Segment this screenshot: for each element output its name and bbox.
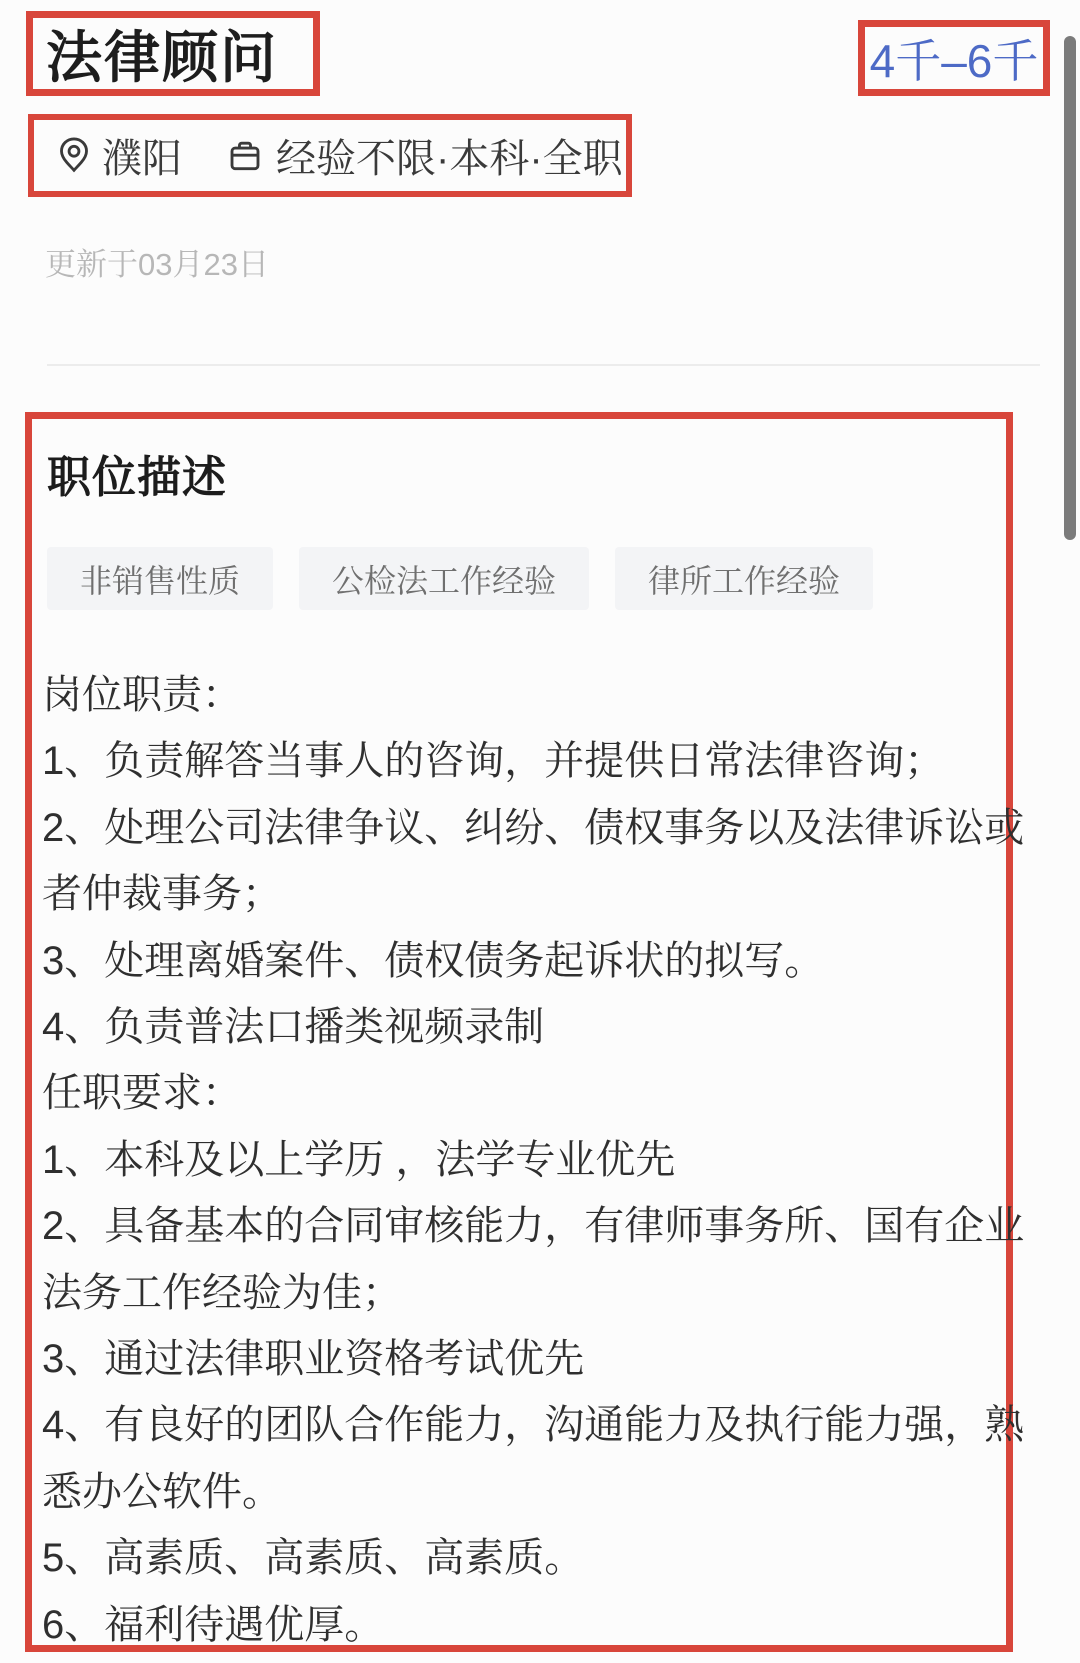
description-line: 3、处理离婚案件、债权债务起诉状的拟写。 [42, 928, 992, 994]
description-line: 2、具备基本的合同审核能力，有律师事务所、国有企业 [42, 1193, 992, 1259]
description-line: 4、有良好的团队合作能力，沟通能力及执行能力强，熟 [42, 1392, 992, 1458]
description-line: 5、高素质、高素质、高素质。 [42, 1525, 992, 1591]
description-line: 者仲裁事务； [42, 861, 992, 927]
tag-chip-0: 非销售性质 [47, 547, 273, 610]
description-line: 岗位职责： [42, 662, 992, 728]
tag-chip-1: 公检法工作经验 [299, 547, 589, 610]
salary-annotation-box: 4千–6千 [858, 20, 1050, 96]
briefcase-icon [226, 136, 264, 176]
description-line: 1、负责解答当事人的咨询，并提供日常法律咨询； [42, 728, 992, 794]
location-pin-icon [55, 135, 93, 177]
description-body: 岗位职责：1、负责解答当事人的咨询，并提供日常法律咨询；2、处理公司法律争议、纠… [42, 662, 992, 1658]
salary-range: 4千–6千 [870, 25, 1039, 91]
description-line: 悉办公软件。 [42, 1459, 992, 1525]
description-heading: 职位描述 [47, 441, 227, 505]
description-line: 1、本科及以上学历 ，法学专业优先 [42, 1127, 992, 1193]
description-line: 3、通过法律职业资格考试优先 [42, 1326, 992, 1392]
job-meta-annotation-box: 濮阳 经验不限·本科·全职 [28, 114, 632, 197]
description-line: 任职要求： [42, 1060, 992, 1126]
location-text: 濮阳 [102, 127, 182, 184]
description-line: 2、处理公司法律争议、纠纷、债权事务以及法律诉讼或 [42, 795, 992, 861]
description-line: 法务工作经验为佳； [42, 1260, 992, 1326]
divider [47, 364, 1040, 366]
description-line: 6、福利待遇优厚。 [42, 1592, 992, 1658]
scrollbar-thumb[interactable] [1064, 36, 1076, 540]
description-line: 4、负责普法口播类视频录制 [42, 994, 992, 1060]
tag-chip-2: 律所工作经验 [615, 547, 873, 610]
job-title: 法律顾问 [46, 14, 278, 94]
tags-row: 非销售性质公检法工作经验律所工作经验 [47, 547, 873, 610]
job-title-annotation-box: 法律顾问 [26, 11, 320, 96]
updated-date: 更新于03月23日 [45, 239, 269, 284]
experience-education-type-text: 经验不限·本科·全职 [276, 127, 623, 184]
